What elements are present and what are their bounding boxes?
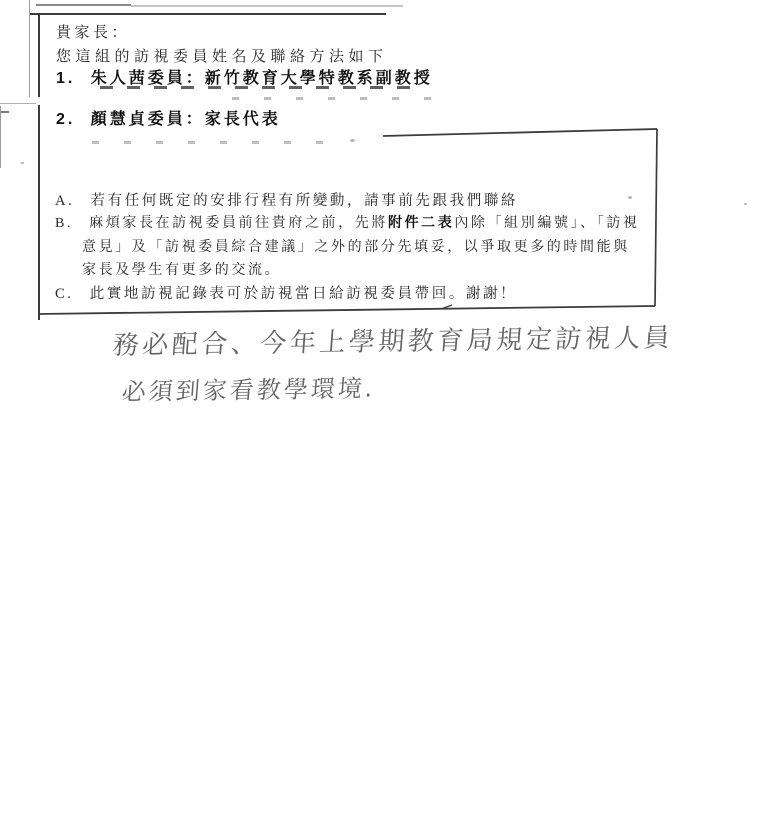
committee-item-2: 2. 顏慧貞委員：家長代表 — [56, 106, 281, 129]
committee-item-1-number: 1. — [56, 70, 75, 87]
note-c-text: 此實地訪視記錄表可於訪視當日給訪視委員帶回。謝謝！ — [90, 286, 518, 302]
seam-left-line — [0, 103, 36, 104]
note-c-label: C. — [55, 286, 74, 302]
committee-item-2-text: 顏慧貞委員：家長代表 — [91, 111, 281, 128]
committee-item-1-text: 朱人茜委員：新竹教育大學特教系副教授 — [91, 70, 433, 87]
note-b-line1: B. 麻煩家長在訪視委員前往貴府之前，先將附件二表內除「組別編號」、「訪視 — [55, 212, 640, 232]
whiteout-remnant-row2 — [232, 97, 437, 100]
note-c: C. 此實地訪視記錄表可於訪視當日給訪視委員帶回。謝謝！ — [55, 282, 517, 303]
whiteout-remnant-row3 — [92, 141, 324, 144]
note-b-line1-post: 內除「組別編號」、「訪視 — [454, 216, 639, 231]
note-b-line1-pre: 麻煩家長在訪視委員前往貴府之前，先將 — [89, 216, 388, 231]
note-b-line1-bold: 附件二表 — [388, 216, 454, 231]
seam-left-tick — [0, 111, 9, 113]
page-left-edge-artifact — [0, 106, 1, 168]
note-a-label: A. — [55, 193, 74, 209]
box2-left-border — [38, 105, 40, 320]
box1-left-border — [38, 13, 40, 97]
whiteout-remnant-row1 — [100, 86, 420, 89]
note-b-label: B. — [55, 216, 73, 231]
note-a: A. 若有任何既定的安排行程有所變動，請事前先跟我們聯絡 — [55, 189, 518, 210]
scanned-letter-page: 貴家長： 您這組的訪視委員姓名及聯絡方法如下 1. 朱人茜委員：新竹教育大學特教… — [0, 0, 767, 829]
note-b-line3: 家長及學生有更多的交流。 — [82, 259, 281, 279]
committee-item-2-number: 2. — [56, 111, 75, 128]
scan-speck-1 — [350, 139, 355, 142]
scan-speck-2 — [628, 196, 632, 199]
scan-seam-top-dark — [36, 4, 131, 6]
handwriting-line-1: 務必配合、今年上學期教育局規定訪視人員 — [112, 317, 675, 362]
note-a-text: 若有任何既定的安排行程有所變動，請事前先跟我們聯絡 — [91, 193, 519, 209]
box1-outer-left-edge — [29, 0, 30, 97]
committee-item-1: 1. 朱人茜委員：新竹教育大學特教系副教授 — [56, 65, 433, 88]
intro-line: 您這組的訪視委員姓名及聯絡方法如下 — [56, 45, 388, 66]
note-b-line2: 意見」及「訪視委員綜合建議」之外的部分先填妥，以爭取更多的時間能與 — [82, 236, 630, 256]
scan-speck-3 — [21, 162, 24, 164]
handwriting-line-2: 必須到家看教學環境. — [121, 368, 377, 407]
box1-top-border — [30, 13, 386, 15]
salutation: 貴家長： — [56, 21, 130, 42]
scan-speck-4 — [744, 203, 747, 205]
scan-seam-top-light — [131, 5, 403, 7]
